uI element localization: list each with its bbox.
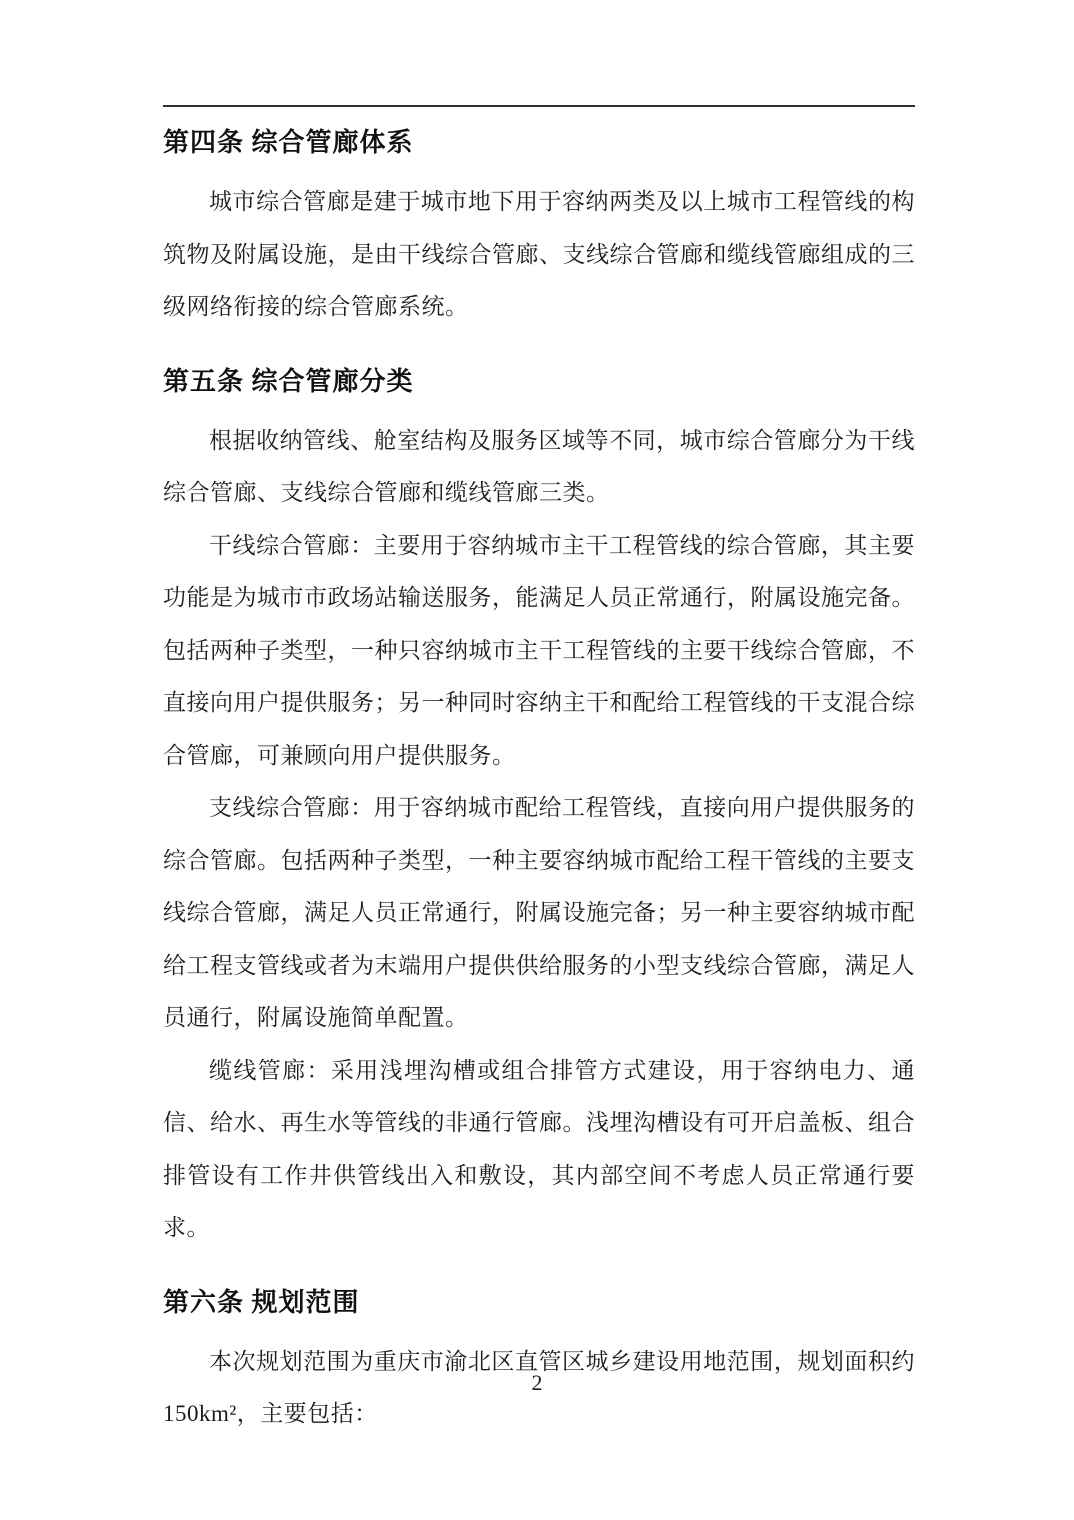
- section-heading-article-5: 第五条 综合管廊分类: [163, 365, 915, 399]
- paragraph: 缆线管廊：采用浅埋沟槽或组合排管方式建设，用于容纳电力、通信、给水、再生水等管线…: [163, 1045, 915, 1255]
- paragraph: 干线综合管廊：主要用于容纳城市主干工程管线的综合管廊，其主要功能是为城市市政场站…: [163, 520, 915, 783]
- paragraph: 城市综合管廊是建于城市地下用于容纳两类及以上城市工程管线的构筑物及附属设施，是由…: [163, 176, 915, 334]
- document-content: 第四条 综合管廊体系 城市综合管廊是建于城市地下用于容纳两类及以上城市工程管线的…: [163, 107, 915, 1441]
- page-number: 2: [0, 1370, 1074, 1396]
- section-heading-article-6: 第六条 规划范围: [163, 1286, 915, 1320]
- paragraph: 支线综合管廊：用于容纳城市配给工程管线，直接向用户提供服务的综合管廊。包括两种子…: [163, 782, 915, 1045]
- paragraph: 根据收纳管线、舱室结构及服务区域等不同，城市综合管廊分为干线综合管廊、支线综合管…: [163, 415, 915, 520]
- document-page: 第四条 综合管廊体系 城市综合管廊是建于城市地下用于容纳两类及以上城市工程管线的…: [0, 0, 1074, 1520]
- section-heading-article-4: 第四条 综合管廊体系: [163, 126, 915, 160]
